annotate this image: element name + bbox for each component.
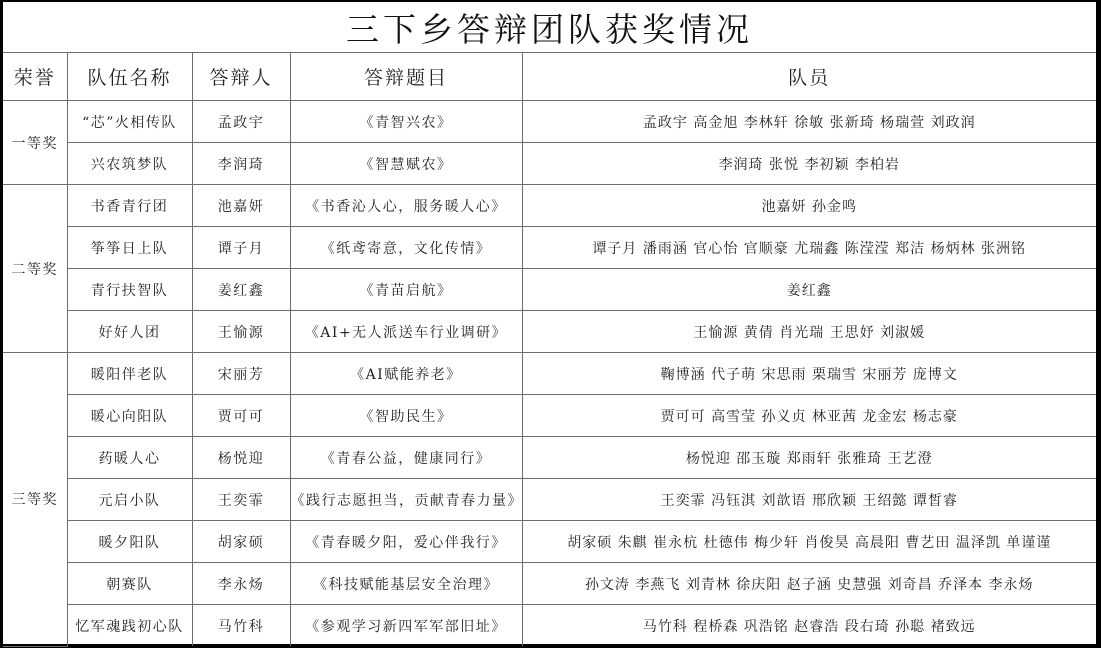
column-header-speaker: 答辩人: [192, 53, 290, 101]
speaker-cell: 李永炀: [192, 563, 290, 605]
column-header-team: 队伍名称: [67, 53, 192, 101]
team-cell: 书香青行团: [67, 185, 192, 227]
header-row: 荣誉 队伍名称 答辩人 答辩题目 队员: [3, 53, 1096, 101]
members-cell: 胡家硕 朱麒 崔永杭 杜德伟 梅少轩 肖俊昊 高晨阳 曹艺田 温泽凯 单谨谨: [522, 521, 1096, 563]
topic-cell: 《智助民生》: [290, 395, 522, 437]
column-header-members: 队员: [522, 53, 1096, 101]
speaker-cell: 贾可可: [192, 395, 290, 437]
members-cell: 李润琦 张悦 李初颖 李柏岩: [522, 143, 1096, 185]
table-row: 朝赛队 李永炀 《科技赋能基层安全治理》 孙文涛 李燕飞 刘青林 徐庆阳 赵子涵…: [3, 563, 1096, 605]
topic-cell: 《书香沁人心，服务暖人心》: [290, 185, 522, 227]
members-cell: 谭子月 潘雨涵 官心怡 官顺豪 尤瑞鑫 陈滢滢 郑洁 杨炳林 张洲铭: [522, 227, 1096, 269]
members-cell: 王奕霏 冯钰淇 刘歆语 邢欣颖 王绍懿 谭皙睿: [522, 479, 1096, 521]
topic-cell: 《AI+无人派送车行业调研》: [290, 311, 522, 353]
speaker-cell: 池嘉妍: [192, 185, 290, 227]
speaker-cell: 杨悦迎: [192, 437, 290, 479]
members-cell: 马竹科 程桥森 巩浩铭 赵睿浩 段右琦 孙聪 褚致远: [522, 605, 1096, 647]
team-cell: 筝筝日上队: [67, 227, 192, 269]
team-cell: 朝赛队: [67, 563, 192, 605]
table-row: 元启小队 王奕霏 《践行志愿担当，贡献青春力量》 王奕霏 冯钰淇 刘歆语 邢欣颖…: [3, 479, 1096, 521]
table-row: 一等奖 “芯”火相传队 孟政宇 《青智兴农》 孟政宇 高金旭 李林轩 徐敏 张新…: [3, 101, 1096, 143]
speaker-cell: 谭子月: [192, 227, 290, 269]
table-row: 暖夕阳队 胡家硕 《青春暖夕阳，爱心伴我行》 胡家硕 朱麒 崔永杭 杜德伟 梅少…: [3, 521, 1096, 563]
table-row: 好好人团 王愉源 《AI+无人派送车行业调研》 王愉源 黄倩 肖光瑞 王思妤 刘…: [3, 311, 1096, 353]
topic-cell: 《践行志愿担当，贡献青春力量》: [290, 479, 522, 521]
topic-cell: 《AI赋能养老》: [290, 353, 522, 395]
topic-cell: 《青苗启航》: [290, 269, 522, 311]
team-cell: 忆军魂践初心队: [67, 605, 192, 647]
members-cell: 孟政宇 高金旭 李林轩 徐敏 张新琦 杨瑞萱 刘政润: [522, 101, 1096, 143]
document-page: 三下乡答辩团队获奖情况 荣誉 队伍名称 答辩人 答辩题目 队员 一等奖 “芯”火…: [3, 2, 1096, 644]
team-cell: 暖心向阳队: [67, 395, 192, 437]
speaker-cell: 李润琦: [192, 143, 290, 185]
topic-cell: 《青春公益，健康同行》: [290, 437, 522, 479]
topic-cell: 《纸鸢寄意，文化传情》: [290, 227, 522, 269]
speaker-cell: 王愉源: [192, 311, 290, 353]
topic-cell: 《青春暖夕阳，爱心伴我行》: [290, 521, 522, 563]
team-cell: “芯”火相传队: [67, 101, 192, 143]
team-cell: 好好人团: [67, 311, 192, 353]
team-cell: 青行扶智队: [67, 269, 192, 311]
awards-table: 荣誉 队伍名称 答辩人 答辩题目 队员 一等奖 “芯”火相传队 孟政宇 《青智兴…: [3, 53, 1096, 647]
topic-cell: 《青智兴农》: [290, 101, 522, 143]
topic-cell: 《智慧赋农》: [290, 143, 522, 185]
document-title: 三下乡答辩团队获奖情况: [3, 2, 1096, 53]
speaker-cell: 姜红鑫: [192, 269, 290, 311]
members-cell: 鞠博涵 代子萌 宋思雨 栗瑞雪 宋丽芳 庞博文: [522, 353, 1096, 395]
table-row: 三等奖 暖阳伴老队 宋丽芳 《AI赋能养老》 鞠博涵 代子萌 宋思雨 栗瑞雪 宋…: [3, 353, 1096, 395]
team-cell: 药暖人心: [67, 437, 192, 479]
members-cell: 孙文涛 李燕飞 刘青林 徐庆阳 赵子涵 史慧强 刘奇昌 乔泽本 李永炀: [522, 563, 1096, 605]
team-cell: 元启小队: [67, 479, 192, 521]
award-cell: 二等奖: [3, 185, 67, 353]
table-row: 药暖人心 杨悦迎 《青春公益，健康同行》 杨悦迎 邵玉璇 郑雨轩 张雅琦 王艺澄: [3, 437, 1096, 479]
table-row: 兴农筑梦队 李润琦 《智慧赋农》 李润琦 张悦 李初颖 李柏岩: [3, 143, 1096, 185]
members-cell: 池嘉妍 孙金鸣: [522, 185, 1096, 227]
members-cell: 王愉源 黄倩 肖光瑞 王思妤 刘淑媛: [522, 311, 1096, 353]
column-header-topic: 答辩题目: [290, 53, 522, 101]
members-cell: 贾可可 高雪莹 孙义贞 林亚茜 龙金宏 杨志豪: [522, 395, 1096, 437]
table-row: 青行扶智队 姜红鑫 《青苗启航》 姜红鑫: [3, 269, 1096, 311]
speaker-cell: 孟政宇: [192, 101, 290, 143]
column-header-award: 荣誉: [3, 53, 67, 101]
members-cell: 杨悦迎 邵玉璇 郑雨轩 张雅琦 王艺澄: [522, 437, 1096, 479]
award-cell: 三等奖: [3, 353, 67, 647]
table-row: 二等奖 书香青行团 池嘉妍 《书香沁人心，服务暖人心》 池嘉妍 孙金鸣: [3, 185, 1096, 227]
speaker-cell: 马竹科: [192, 605, 290, 647]
team-cell: 暖阳伴老队: [67, 353, 192, 395]
table-row: 忆军魂践初心队 马竹科 《参观学习新四军军部旧址》 马竹科 程桥森 巩浩铭 赵睿…: [3, 605, 1096, 647]
members-cell: 姜红鑫: [522, 269, 1096, 311]
speaker-cell: 宋丽芳: [192, 353, 290, 395]
award-cell: 一等奖: [3, 101, 67, 185]
speaker-cell: 王奕霏: [192, 479, 290, 521]
table-row: 筝筝日上队 谭子月 《纸鸢寄意，文化传情》 谭子月 潘雨涵 官心怡 官顺豪 尤瑞…: [3, 227, 1096, 269]
topic-cell: 《科技赋能基层安全治理》: [290, 563, 522, 605]
topic-cell: 《参观学习新四军军部旧址》: [290, 605, 522, 647]
team-cell: 暖夕阳队: [67, 521, 192, 563]
table-row: 暖心向阳队 贾可可 《智助民生》 贾可可 高雪莹 孙义贞 林亚茜 龙金宏 杨志豪: [3, 395, 1096, 437]
team-cell: 兴农筑梦队: [67, 143, 192, 185]
speaker-cell: 胡家硕: [192, 521, 290, 563]
